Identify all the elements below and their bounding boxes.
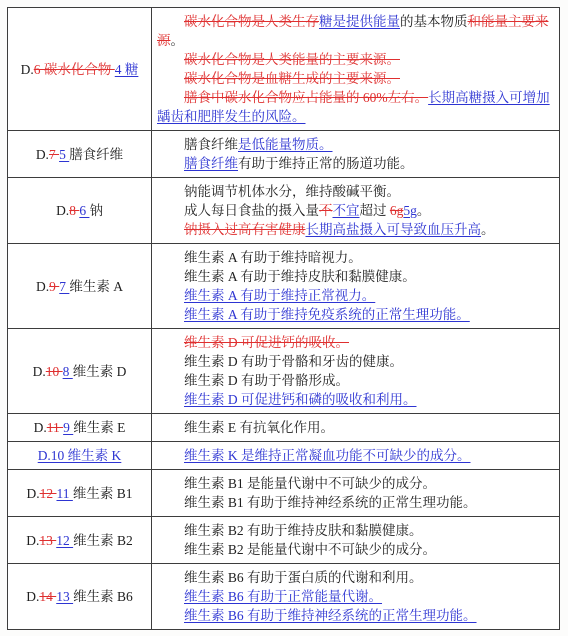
deleted-text-run: 膳食中碳水化合物应占能量的 60%左右。: [184, 90, 428, 105]
normal-text-run: D.: [26, 589, 39, 604]
description-paragraph: 维生素 B6 有助于维持神经系统的正常生理功能。: [157, 606, 551, 625]
deleted-text-run: 碳水化合物是人类能量的主要来源。: [184, 52, 400, 67]
description-paragraph: 膳食纤维有助于维持正常的肠道功能。: [157, 154, 551, 173]
document-page: D.6 碳水化合物 4 糖碳水化合物是人类生存糖是提供能量的基本物质和能量主要来…: [0, 0, 568, 630]
description-paragraph: 维生素 B1 有助于维持神经系统的正常生理功能。: [157, 493, 551, 512]
row-description-cell: 维生素 D 可促进钙的吸收。维生素 D 有助于骨骼和牙齿的健康。维生素 D 有助…: [152, 329, 560, 414]
row-label-cell: D.13 12 维生素 B2: [8, 517, 152, 564]
row-description-cell: 膳食纤维是低能量物质。膳食纤维有助于维持正常的肠道功能。: [152, 131, 560, 178]
table-body: D.6 碳水化合物 4 糖碳水化合物是人类生存糖是提供能量的基本物质和能量主要来…: [8, 8, 560, 630]
inserted-text-run: 是低能量物质。: [238, 137, 333, 152]
row-label-cell: D.11 9 维生素 E: [8, 414, 152, 442]
row-label-cell: D.9 7 维生素 A: [8, 244, 152, 329]
normal-text-run: 维生素 D: [73, 364, 127, 379]
row-label-cell: D.12 11 维生素 B1: [8, 470, 152, 517]
deleted-text-run: 碳水化合物是人类生存: [184, 14, 319, 29]
table-row: D.9 7 维生素 A维生素 A 有助于维持暗视力。维生素 A 有助于维持皮肤和…: [8, 244, 560, 329]
table-row: D.12 11 维生素 B1维生素 B1 是能量代谢中不可缺少的成分。维生素 B…: [8, 470, 560, 517]
normal-text-run: 有助于维持正常的肠道功能。: [238, 156, 414, 171]
deleted-text-run: 12: [40, 486, 57, 501]
description-paragraph: 膳食中碳水化合物应占能量的 60%左右。长期高糖摄入可增加龋齿和肥胖发生的风险。: [157, 88, 551, 126]
normal-text-run: 维生素 B6: [73, 589, 133, 604]
inserted-text-run: 维生素 D 可促进钙和磷的吸收和利用。: [184, 392, 417, 407]
description-paragraph: 碳水化合物是血糖生成的主要来源。: [157, 69, 551, 88]
normal-text-run: 钠: [89, 203, 103, 218]
description-paragraph: 维生素 B2 是能量代谢中不可缺少的成分。: [157, 540, 551, 559]
normal-text-run: 维生素 A 有助于维持暗视力。: [184, 250, 362, 265]
description-paragraph: 维生素 K 是维持正常凝血功能不可缺少的成分。: [157, 446, 551, 465]
table-row: D.11 9 维生素 E维生素 E 有抗氧化作用。: [8, 414, 560, 442]
description-paragraph: 维生素 E 有抗氧化作用。: [157, 418, 551, 437]
deleted-text-run: 8: [69, 203, 79, 218]
inserted-text-run: 4 糖: [115, 62, 139, 77]
inserted-text-run: 12: [56, 533, 73, 548]
inserted-text-run: 维生素 A 有助于维持正常视力。: [184, 288, 375, 303]
inserted-text-run: 8: [63, 364, 73, 379]
inserted-text-run: 5g: [403, 203, 417, 218]
normal-text-run: 成人每日食盐的摄入量: [184, 203, 319, 218]
inserted-text-run: 维生素 B6 有助于维持神经系统的正常生理功能。: [184, 608, 477, 623]
table-row: D.13 12 维生素 B2维生素 B2 有助于维持皮肤和黏膜健康。维生素 B2…: [8, 517, 560, 564]
table-row: D.8 6 钠钠能调节机体水分，维持酸碱平衡。成人每日食盐的摄入量不不宜超过 6…: [8, 178, 560, 244]
table-row: D.6 碳水化合物 4 糖碳水化合物是人类生存糖是提供能量的基本物质和能量主要来…: [8, 8, 560, 131]
table-row: D.14 13 维生素 B6维生素 B6 有助于蛋白质的代谢和利用。维生素 B6…: [8, 564, 560, 630]
normal-text-run: 的基本物质: [400, 14, 468, 29]
deleted-text-run: 6 碳水化合物: [34, 62, 115, 77]
normal-text-run: 维生素 E: [73, 420, 125, 435]
normal-text-run: D.: [26, 486, 39, 501]
description-paragraph: 维生素 B2 有助于维持皮肤和黏膜健康。: [157, 521, 551, 540]
row-label-cell: D.6 碳水化合物 4 糖: [8, 8, 152, 131]
row-label-cell: D.14 13 维生素 B6: [8, 564, 152, 630]
table-row: D.7 5 膳食纤维膳食纤维是低能量物质。膳食纤维有助于维持正常的肠道功能。: [8, 131, 560, 178]
normal-text-run: D.: [26, 533, 39, 548]
normal-text-run: 维生素 E 有抗氧化作用。: [184, 420, 334, 435]
row-description-cell: 维生素 B2 有助于维持皮肤和黏膜健康。维生素 B2 是能量代谢中不可缺少的成分…: [152, 517, 560, 564]
deleted-text-run: 钠摄入过高有害健康: [184, 222, 306, 237]
inserted-text-run: 糖是提供能量: [319, 14, 400, 29]
normal-text-run: 维生素 D 有助于骨骼和牙齿的健康。: [184, 354, 403, 369]
description-paragraph: 钠能调节机体水分，维持酸碱平衡。: [157, 182, 551, 201]
row-label-cell: D.8 6 钠: [8, 178, 152, 244]
row-description-cell: 维生素 E 有抗氧化作用。: [152, 414, 560, 442]
description-paragraph: 维生素 A 有助于维持暗视力。: [157, 248, 551, 267]
description-paragraph: 维生素 A 有助于维持免疫系统的正常生理功能。: [157, 305, 551, 324]
description-paragraph: 维生素 D 可促进钙和磷的吸收和利用。: [157, 390, 551, 409]
normal-text-run: 。: [481, 222, 495, 237]
normal-text-run: 膳食纤维: [69, 147, 123, 162]
deleted-text-run: 9: [49, 279, 59, 294]
normal-text-run: 超过: [360, 203, 390, 218]
normal-text-run: 维生素 B2 是能量代谢中不可缺少的成分。: [184, 542, 436, 557]
row-description-cell: 维生素 B1 是能量代谢中不可缺少的成分。维生素 B1 有助于维持神经系统的正常…: [152, 470, 560, 517]
normal-text-run: 。: [171, 33, 185, 48]
description-paragraph: 维生素 D 可促进钙的吸收。: [157, 333, 551, 352]
nutrition-claims-table: D.6 碳水化合物 4 糖碳水化合物是人类生存糖是提供能量的基本物质和能量主要来…: [7, 7, 560, 630]
row-description-cell: 维生素 A 有助于维持暗视力。维生素 A 有助于维持皮肤和黏膜健康。维生素 A …: [152, 244, 560, 329]
normal-text-run: 维生素 B2: [73, 533, 133, 548]
normal-text-run: 维生素 B2 有助于维持皮肤和黏膜健康。: [184, 523, 423, 538]
normal-text-run: D.: [34, 420, 47, 435]
normal-text-run: 钠能调节机体水分，维持酸碱平衡。: [184, 184, 400, 199]
description-paragraph: 成人每日食盐的摄入量不不宜超过 6g5g。: [157, 201, 551, 220]
inserted-text-run: 维生素 A 有助于维持免疫系统的正常生理功能。: [184, 307, 470, 322]
deleted-text-run: 7: [49, 147, 59, 162]
row-description-cell: 碳水化合物是人类生存糖是提供能量的基本物质和能量主要来源。碳水化合物是人类能量的…: [152, 8, 560, 131]
inserted-text-run: 长期高盐摄入可导致血压升高: [306, 222, 482, 237]
normal-text-run: 维生素 B1 是能量代谢中不可缺少的成分。: [184, 476, 436, 491]
row-label-cell: D.7 5 膳食纤维: [8, 131, 152, 178]
normal-text-run: 维生素 B6 有助于蛋白质的代谢和利用。: [184, 570, 423, 585]
row-label-cell: D.10 8 维生素 D: [8, 329, 152, 414]
description-paragraph: 维生素 D 有助于骨骼和牙齿的健康。: [157, 352, 551, 371]
deleted-text-run: 碳水化合物是血糖生成的主要来源。: [184, 71, 400, 86]
description-paragraph: 维生素 A 有助于维持皮肤和黏膜健康。: [157, 267, 551, 286]
description-paragraph: 维生素 B6 有助于蛋白质的代谢和利用。: [157, 568, 551, 587]
normal-text-run: D.: [56, 203, 69, 218]
normal-text-run: 维生素 A 有助于维持皮肤和黏膜健康。: [184, 269, 416, 284]
inserted-text-run: 13: [56, 589, 73, 604]
inserted-text-run: 11: [56, 486, 72, 501]
deleted-text-run: 维生素 D 可促进钙的吸收。: [184, 335, 349, 350]
normal-text-run: D.: [33, 364, 46, 379]
description-paragraph: 维生素 B6 有助于正常能量代谢。: [157, 587, 551, 606]
inserted-text-run: 6: [79, 203, 89, 218]
description-paragraph: 维生素 A 有助于维持正常视力。: [157, 286, 551, 305]
normal-text-run: 膳食纤维: [184, 137, 238, 152]
inserted-text-run: 9: [63, 420, 73, 435]
description-paragraph: 碳水化合物是人类能量的主要来源。: [157, 50, 551, 69]
table-row: D.10 8 维生素 D维生素 D 可促进钙的吸收。维生素 D 有助于骨骼和牙齿…: [8, 329, 560, 414]
inserted-text-run: 膳食纤维: [184, 156, 238, 171]
normal-text-run: 维生素 D 有助于骨骼形成。: [184, 373, 349, 388]
row-description-cell: 维生素 B6 有助于蛋白质的代谢和利用。维生素 B6 有助于正常能量代谢。维生素…: [152, 564, 560, 630]
deleted-text-run: 11: [47, 420, 63, 435]
description-paragraph: 碳水化合物是人类生存糖是提供能量的基本物质和能量主要来源。: [157, 12, 551, 50]
deleted-text-run: 不: [319, 203, 333, 218]
deleted-text-run: 10: [46, 364, 63, 379]
normal-text-run: D.: [36, 279, 49, 294]
description-paragraph: 维生素 B1 是能量代谢中不可缺少的成分。: [157, 474, 551, 493]
deleted-text-run: 6g: [390, 203, 404, 218]
normal-text-run: 维生素 A: [69, 279, 123, 294]
normal-text-run: 维生素 B1: [73, 486, 133, 501]
normal-text-run: D.: [21, 62, 34, 77]
deleted-text-run: 14: [39, 589, 56, 604]
deleted-text-run: 13: [39, 533, 56, 548]
inserted-text-run: 维生素 K 是维持正常凝血功能不可缺少的成分。: [184, 448, 471, 463]
description-paragraph: 维生素 D 有助于骨骼形成。: [157, 371, 551, 390]
description-paragraph: 膳食纤维是低能量物质。: [157, 135, 551, 154]
row-description-cell: 维生素 K 是维持正常凝血功能不可缺少的成分。: [152, 442, 560, 470]
table-row: D.10 维生素 K维生素 K 是维持正常凝血功能不可缺少的成分。: [8, 442, 560, 470]
inserted-text-run: 7: [59, 279, 69, 294]
row-description-cell: 钠能调节机体水分，维持酸碱平衡。成人每日食盐的摄入量不不宜超过 6g5g。钠摄入…: [152, 178, 560, 244]
description-paragraph: 钠摄入过高有害健康长期高盐摄入可导致血压升高。: [157, 220, 551, 239]
inserted-text-run: 5: [59, 147, 69, 162]
normal-text-run: 。: [417, 203, 431, 218]
inserted-text-run: 不宜: [333, 203, 360, 218]
row-label-cell: D.10 维生素 K: [8, 442, 152, 470]
normal-text-run: D.: [36, 147, 49, 162]
inserted-text-run: 维生素 B6 有助于正常能量代谢。: [184, 589, 382, 604]
normal-text-run: 维生素 B1 有助于维持神经系统的正常生理功能。: [184, 495, 477, 510]
inserted-text-run: D.10 维生素 K: [38, 448, 122, 463]
